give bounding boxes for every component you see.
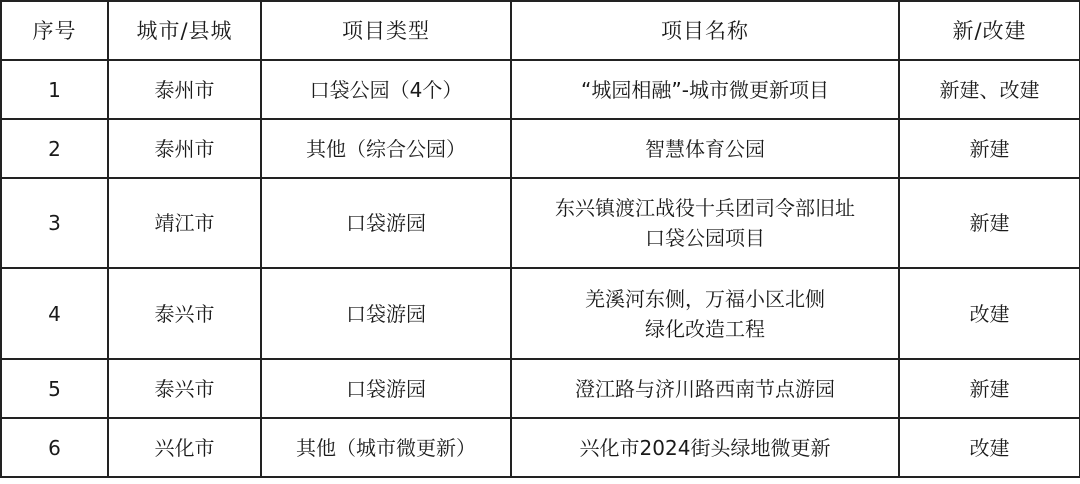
cell-build: 新建 [899, 359, 1080, 418]
cell-build: 新建 [899, 178, 1080, 268]
cell-city: 泰州市 [108, 60, 261, 119]
cell-name: “城园相融”-城市微更新项目 [511, 60, 899, 119]
cell-no: 5 [1, 359, 108, 418]
cell-no: 1 [1, 60, 108, 119]
cell-type: 其他（城市微更新） [261, 418, 511, 477]
cell-name: 兴化市2024街头绿地微更新 [511, 418, 899, 477]
name-line: “城园相融”-城市微更新项目 [516, 75, 894, 105]
header-build: 新/改建 [899, 1, 1080, 60]
header-row: 序号 城市/县城 项目类型 项目名称 新/改建 [1, 1, 1080, 60]
cell-city: 靖江市 [108, 178, 261, 268]
cell-name: 东兴镇渡江战役十兵团司令部旧址 口袋公园项目 [511, 178, 899, 268]
cell-no: 6 [1, 418, 108, 477]
cell-city: 泰兴市 [108, 268, 261, 359]
cell-no: 4 [1, 268, 108, 359]
name-line: 澄江路与济川路西南节点游园 [516, 374, 894, 404]
name-line: 口袋公园项目 [516, 223, 894, 253]
name-line: 东兴镇渡江战役十兵团司令部旧址 [516, 193, 894, 223]
header-no: 序号 [1, 1, 108, 60]
cell-city: 兴化市 [108, 418, 261, 477]
header-name: 项目名称 [511, 1, 899, 60]
cell-no: 3 [1, 178, 108, 268]
cell-build: 改建 [899, 418, 1080, 477]
name-line: 兴化市2024街头绿地微更新 [516, 433, 894, 463]
cell-city: 泰州市 [108, 119, 261, 178]
name-line: 羌溪河东侧，万福小区北侧 [516, 284, 894, 314]
table-row: 4 泰兴市 口袋游园 羌溪河东侧，万福小区北侧 绿化改造工程 改建 [1, 268, 1080, 359]
cell-name: 智慧体育公园 [511, 119, 899, 178]
table-row: 6 兴化市 其他（城市微更新） 兴化市2024街头绿地微更新 改建 [1, 418, 1080, 477]
cell-no: 2 [1, 119, 108, 178]
cell-type: 其他（综合公园） [261, 119, 511, 178]
cell-type: 口袋公园（4个） [261, 60, 511, 119]
name-line: 智慧体育公园 [516, 134, 894, 164]
name-line: 绿化改造工程 [516, 314, 894, 344]
cell-build: 新建 [899, 119, 1080, 178]
cell-build: 改建 [899, 268, 1080, 359]
cell-city: 泰兴市 [108, 359, 261, 418]
cell-type: 口袋游园 [261, 268, 511, 359]
table-row: 1 泰州市 口袋公园（4个） “城园相融”-城市微更新项目 新建、改建 [1, 60, 1080, 119]
header-city: 城市/县城 [108, 1, 261, 60]
table-row: 3 靖江市 口袋游园 东兴镇渡江战役十兵团司令部旧址 口袋公园项目 新建 [1, 178, 1080, 268]
cell-name: 澄江路与济川路西南节点游园 [511, 359, 899, 418]
cell-type: 口袋游园 [261, 178, 511, 268]
table-row: 5 泰兴市 口袋游园 澄江路与济川路西南节点游园 新建 [1, 359, 1080, 418]
cell-type: 口袋游园 [261, 359, 511, 418]
cell-build: 新建、改建 [899, 60, 1080, 119]
header-type: 项目类型 [261, 1, 511, 60]
project-table: 序号 城市/县城 项目类型 项目名称 新/改建 1 泰州市 口袋公园（4个） “… [0, 0, 1080, 478]
table-row: 2 泰州市 其他（综合公园） 智慧体育公园 新建 [1, 119, 1080, 178]
cell-name: 羌溪河东侧，万福小区北侧 绿化改造工程 [511, 268, 899, 359]
